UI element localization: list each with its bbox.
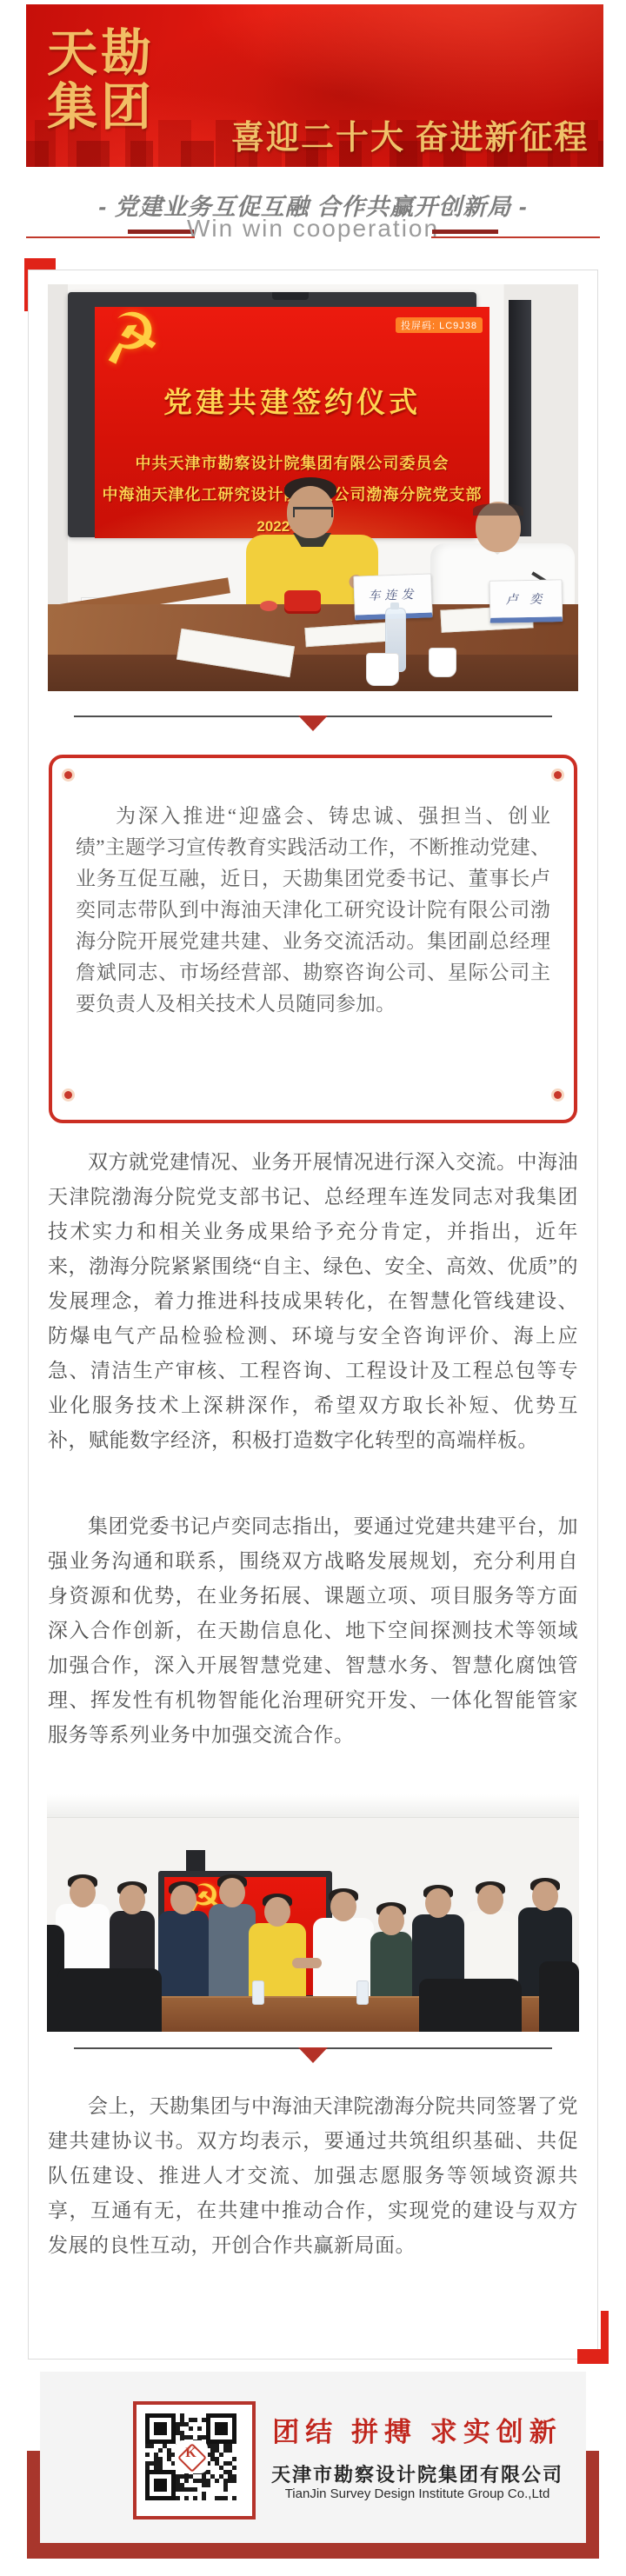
person-head — [219, 1878, 245, 1907]
person-white-shirt-hair — [473, 503, 523, 516]
footer-company-cn: 天津市勘察设计院集团有限公司 — [261, 2460, 574, 2487]
stamp-pad — [284, 590, 321, 611]
article-page: 天勘集团 喜迎二十大 奋进新征程 - 党建业务互促互融 合作共赢开创新局 - W… — [0, 0, 626, 2576]
corner-dot-icon — [64, 771, 72, 779]
tea-cup — [429, 648, 456, 677]
slide-title: 党建共建签约仪式 — [95, 380, 489, 421]
qr-center-logo: K — [176, 2442, 206, 2472]
divider-triangle-icon — [298, 2047, 328, 2063]
lead-quote-box: 为深入推进“迎盛会、铸忠诚、强担当、创业绩”主题学习宣传教育实践活动工作，不断推… — [49, 755, 577, 1123]
person-head — [119, 1885, 145, 1914]
footer-company-en: TianJin Survey Design Institute Group Co… — [261, 2486, 574, 2501]
water-bottle-cap — [390, 602, 399, 609]
person-head — [264, 1897, 290, 1927]
office-chair — [57, 1968, 162, 2032]
water-bottle — [356, 1980, 369, 2005]
tv-screen: ☭ 投屏码: LC9J38 党建共建签约仪式 中共天津市勘察设计院集团有限公司委… — [68, 292, 476, 537]
person-torso — [158, 1911, 209, 1996]
ceiling — [47, 1794, 579, 1818]
paragraph-secretary-remarks: 集团党委书记卢奕同志指出，要通过党建共建平台，加强业务沟通和联系，围绕双方战略发… — [48, 1509, 578, 1753]
office-chair — [419, 1979, 522, 2032]
footer-slogan: 团结 拼搏 求实创新 — [261, 2410, 574, 2449]
brand-logo-top: 天勘 — [47, 25, 155, 82]
person-head — [70, 1878, 96, 1907]
slide-org1: 中共天津市勘察设计院集团有限公司委员会 — [95, 451, 489, 474]
person-head — [330, 1892, 356, 1921]
corner-flag-bottom-right — [577, 2349, 609, 2364]
person-head — [425, 1888, 451, 1918]
person-head — [532, 1881, 558, 1911]
person-head — [378, 1906, 404, 1935]
qr-finder-icon — [145, 2470, 176, 2500]
qr-finder-icon — [145, 2413, 176, 2444]
banner-slogan: 喜迎二十大 奋进新征程 — [231, 110, 589, 158]
screen-cast-badge: 投屏码: LC9J38 — [396, 317, 483, 333]
qr-inner: K — [145, 2413, 236, 2500]
photo-group: ☭ 党建共建签约仪式 — [47, 1794, 579, 2032]
speaker-bar — [509, 300, 531, 536]
corner-dot-icon — [554, 1091, 562, 1099]
brand-logo-bottom: 集团 — [47, 79, 155, 136]
qr-code: K — [133, 2401, 256, 2519]
lead-paragraph: 为深入推进“迎盛会、铸忠诚、强担当、创业绩”主题学习宣传教育实践活动工作，不断推… — [76, 801, 550, 1020]
paragraph-agreement: 会上，天勘集团与中海油天津院渤海分院共同签署了党建共建协议书。双方均表示，要通过… — [48, 2089, 578, 2263]
footer-band-bottom — [27, 2543, 599, 2559]
glasses-icon — [293, 507, 333, 517]
party-emblem-icon: ☭ — [95, 307, 166, 382]
brand-logo: 天勘集团 — [47, 27, 155, 135]
water-bottle — [252, 1980, 264, 2005]
divider-triangle-icon — [298, 716, 328, 731]
person-head — [170, 1885, 196, 1914]
person-head — [477, 1885, 503, 1914]
office-chair — [539, 1961, 579, 2032]
tagline-line-right-thick — [432, 230, 498, 234]
qr-finder-icon — [206, 2413, 236, 2444]
tagline-en: Win win cooperation — [0, 215, 626, 243]
photo-signing-ceremony: ☭ 投屏码: LC9J38 党建共建签约仪式 中共天津市勘察设计院集团有限公司委… — [48, 284, 578, 691]
corner-dot-icon — [554, 771, 562, 779]
footer-text-block: 团结 拼搏 求实创新 天津市勘察设计院集团有限公司 TianJin Survey… — [261, 2372, 574, 2543]
name-card-right: 卢 奕 — [489, 579, 563, 622]
tv-camera — [272, 292, 309, 300]
paragraph-exchange: 双方就党建情况、业务开展情况进行深入交流。中海油天津院渤海分院党支部书记、总经理… — [48, 1145, 578, 1458]
stamp-pad-lid — [260, 601, 277, 611]
handshake — [292, 1958, 322, 1968]
logo-letter: K — [176, 2446, 206, 2461]
person-torso — [370, 1932, 412, 1996]
conference-table-front — [48, 655, 578, 691]
footer-panel: K 团结 拼搏 求实创新 天津市勘察设计院集团有限公司 TianJin Surv… — [40, 2372, 586, 2543]
tea-cup — [366, 653, 399, 686]
tagline-line-right-thin — [431, 236, 600, 238]
header-banner: 天勘集团 喜迎二十大 奋进新征程 — [26, 4, 603, 167]
corner-dot-icon — [64, 1091, 72, 1099]
